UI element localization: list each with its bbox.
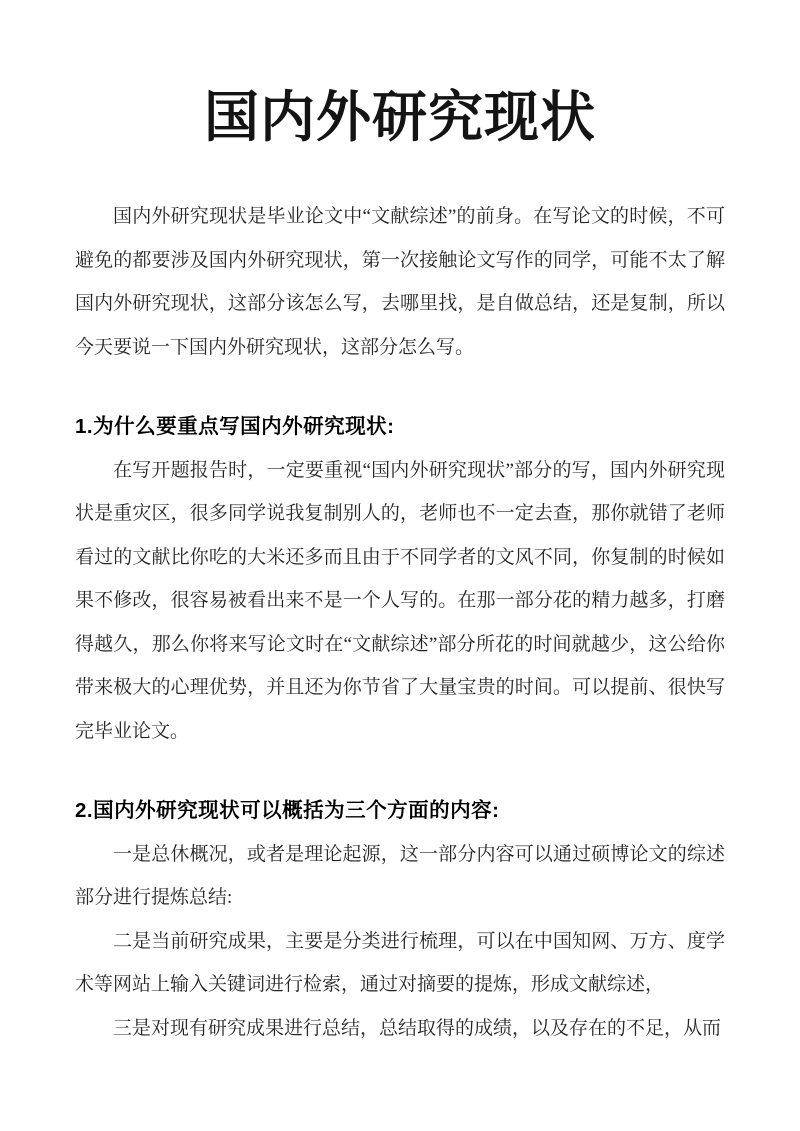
section-2-heading: 2.国内外研究现状可以概括为三个方面的内容: [75, 789, 725, 833]
intro-paragraph: 国内外研究现状是毕业论文中“文献综述”的前身。在写论文的时候，不可避免的都要涉及… [75, 195, 725, 369]
section-1-heading: 1.为什么要重点写国内外研究现状: [75, 405, 725, 449]
section-2-paragraph-2: 二是当前研究成果，主要是分类进行梳理，可以在中国知网、万方、度学术等网站上输入关… [75, 920, 725, 1007]
document-title: 国内外研究现状 [75, 85, 725, 149]
section-2-paragraph-1: 一是总休概况，或者是理论起源，这一部分内容可以通过硕博论文的综述部分进行提炼总结… [75, 833, 725, 920]
section-1-paragraph: 在写开题报告时，一定要重视“国内外研究现状”部分的写，国内外研究现状是重灾区，很… [75, 449, 725, 754]
section-2-paragraph-3: 三是对现有研究成果进行总结，总结取得的成绩，以及存在的不足，从而 [75, 1007, 725, 1051]
document-page: 国内外研究现状 国内外研究现状是毕业论文中“文献综述”的前身。在写论文的时候，不… [0, 0, 800, 1131]
